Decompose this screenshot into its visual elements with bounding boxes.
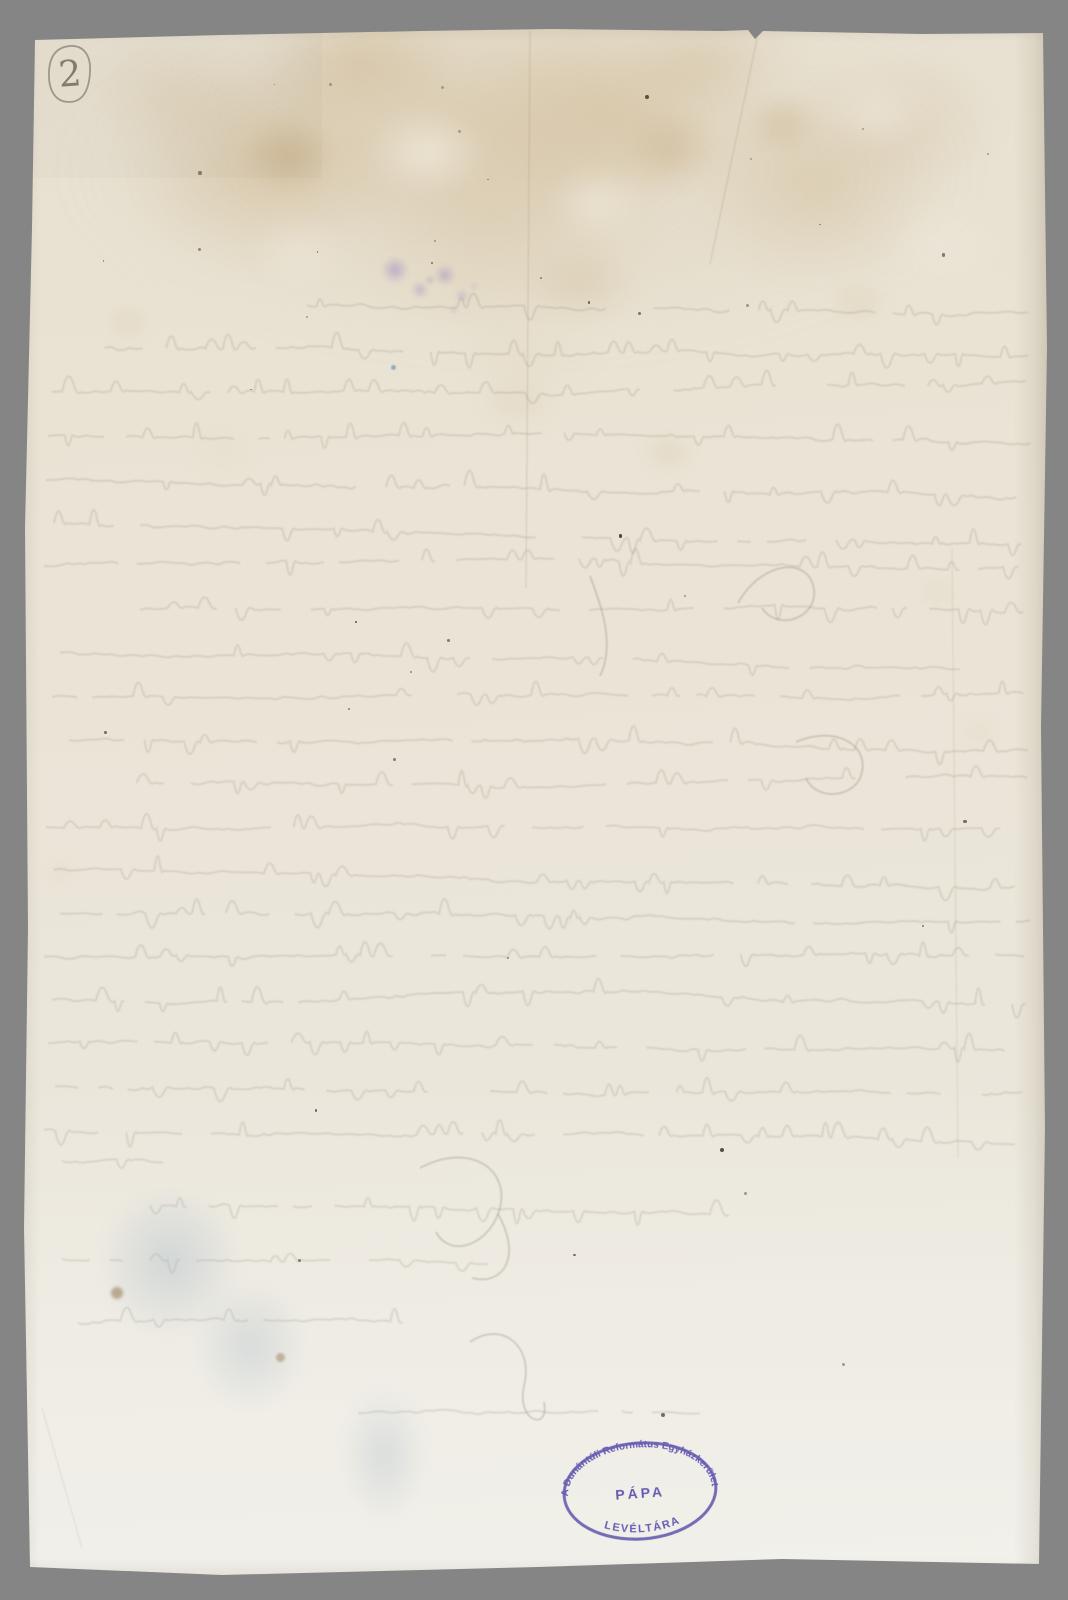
page-number-pencil-mark: 2 <box>38 38 102 110</box>
paper-texture <box>22 1078 1048 1584</box>
purple-ink-smudge <box>381 256 409 284</box>
paper-speck <box>306 316 308 318</box>
paper-speck <box>198 171 201 174</box>
stain <box>640 430 696 474</box>
purple-ink-smudge <box>411 281 429 299</box>
paper-speck <box>447 639 450 642</box>
document-page: 2 A Dunántúli Református Egyházkerület P… <box>22 28 1048 1584</box>
edge-shading <box>22 28 1048 42</box>
stain <box>50 0 990 365</box>
stain <box>813 47 1003 197</box>
paper-speck <box>750 158 753 161</box>
paper-speck <box>103 260 104 261</box>
stain <box>880 197 1000 287</box>
page-number-text: 2 <box>57 53 83 95</box>
paper-speck <box>862 128 864 130</box>
paper-speck <box>104 731 107 734</box>
edge-shading <box>22 28 40 1584</box>
paper-speck <box>274 84 276 86</box>
edge-shading <box>1014 28 1048 1584</box>
edge-shading <box>22 1558 1048 1584</box>
stain <box>432 320 612 400</box>
paper-speck <box>441 86 444 89</box>
stain <box>368 107 488 197</box>
paper-speck <box>393 758 396 761</box>
purple-ink-smudge <box>471 283 477 289</box>
paper-speck <box>431 262 433 264</box>
paper-speck <box>987 153 989 155</box>
paper-speck <box>391 365 396 370</box>
stain <box>618 7 798 117</box>
paper-speck <box>355 621 357 623</box>
paper-speck <box>317 251 319 253</box>
stain <box>688 77 948 287</box>
stain <box>250 216 346 288</box>
paper-speck <box>250 389 251 390</box>
stain <box>473 372 563 432</box>
stain <box>916 574 960 610</box>
paper-speck <box>540 277 542 279</box>
archive-stamp: A Dunántúli Református Egyházkerület PÁP… <box>535 1414 744 1568</box>
stain <box>826 278 890 326</box>
paper-speck <box>619 534 622 537</box>
paper-speck <box>645 95 650 100</box>
paper-speck <box>410 671 412 673</box>
paper-speck <box>507 957 509 959</box>
paper-speck <box>942 253 946 257</box>
purple-ink-smudge <box>426 276 434 284</box>
stain <box>823 72 933 152</box>
paper-speck <box>348 708 350 710</box>
paper-speck <box>684 595 685 596</box>
paper-speck <box>198 248 201 251</box>
purple-ink-smudge <box>455 289 469 303</box>
stain <box>338 122 658 342</box>
stain <box>100 300 156 344</box>
stain <box>182 422 262 474</box>
stain <box>245 116 335 196</box>
paper-speck <box>638 312 641 315</box>
paper-speck <box>458 130 461 133</box>
stain <box>954 714 1002 750</box>
stain <box>468 12 768 212</box>
stain <box>83 32 253 152</box>
scanned-document-view: { "document": { "kind": "aged manuscript… <box>0 0 1068 1600</box>
stain <box>548 164 648 240</box>
purple-ink-smudge <box>451 307 457 313</box>
paper-speck <box>746 304 749 307</box>
paper-speck <box>922 925 925 928</box>
stain <box>522 244 642 324</box>
paper-speck <box>487 179 489 181</box>
stamp-city-text: PÁPA <box>615 1483 666 1502</box>
paper-speck <box>819 224 821 226</box>
stain <box>744 92 820 156</box>
stain <box>258 2 458 122</box>
paper-speck <box>588 301 591 304</box>
stain <box>40 856 80 888</box>
purple-ink-smudge <box>434 264 456 286</box>
paper-speck <box>963 820 966 823</box>
paper-speck <box>434 240 436 242</box>
stain <box>118 52 398 272</box>
paper-speck <box>329 83 332 86</box>
stain <box>620 108 720 188</box>
